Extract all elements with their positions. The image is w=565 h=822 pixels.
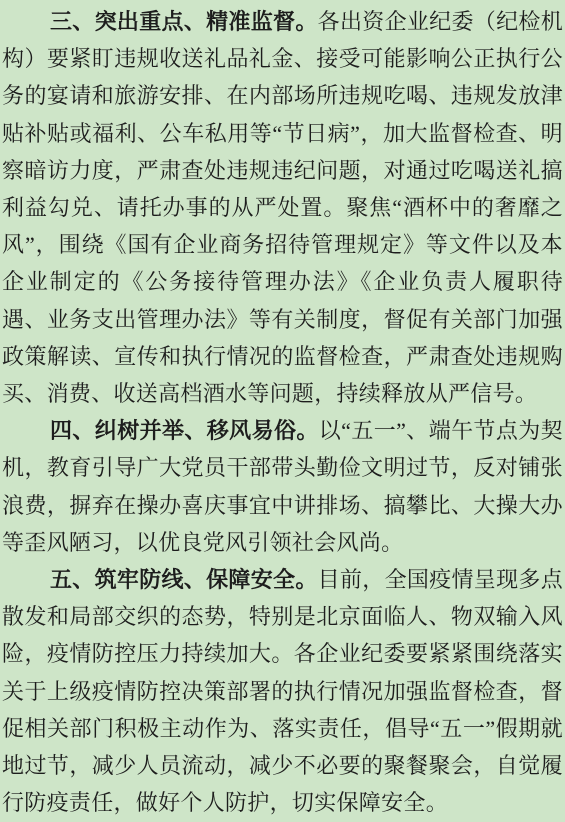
document-page: { "colors": { "background": "#cee5c8", "… [0, 0, 565, 822]
paragraph-section-5: 五、筑牢防线、保障安全。目前，全国疫情呈现多点散发和局部交织的态势，特别是北京面… [2, 561, 563, 821]
paragraph-section-3-body: 各出资企业纪委（纪检机构）要紧盯违规收送礼品礼金、接受可能影响公正执行公务的宴请… [2, 9, 563, 406]
paragraph-section-5-body: 目前，全国疫情呈现多点散发和局部交织的态势，特别是北京面临人、物双输入风险，疫情… [2, 567, 563, 815]
paragraph-section-4-heading: 四、纠树并举、移风易俗。 [50, 418, 319, 443]
paragraph-section-3: 三、突出重点、精准监督。各出资企业纪委（纪检机构）要紧盯违规收送礼品礼金、接受可… [2, 3, 563, 412]
paragraph-section-4: 四、纠树并举、移风易俗。以“五一”、端午节点为契机，教育引导广大党员干部带头勤俭… [2, 412, 563, 561]
document-body: 三、突出重点、精准监督。各出资企业纪委（纪检机构）要紧盯违规收送礼品礼金、接受可… [0, 0, 565, 822]
paragraph-section-5-heading: 五、筑牢防线、保障安全。 [50, 567, 318, 592]
paragraph-section-3-heading: 三、突出重点、精准监督。 [50, 9, 318, 34]
